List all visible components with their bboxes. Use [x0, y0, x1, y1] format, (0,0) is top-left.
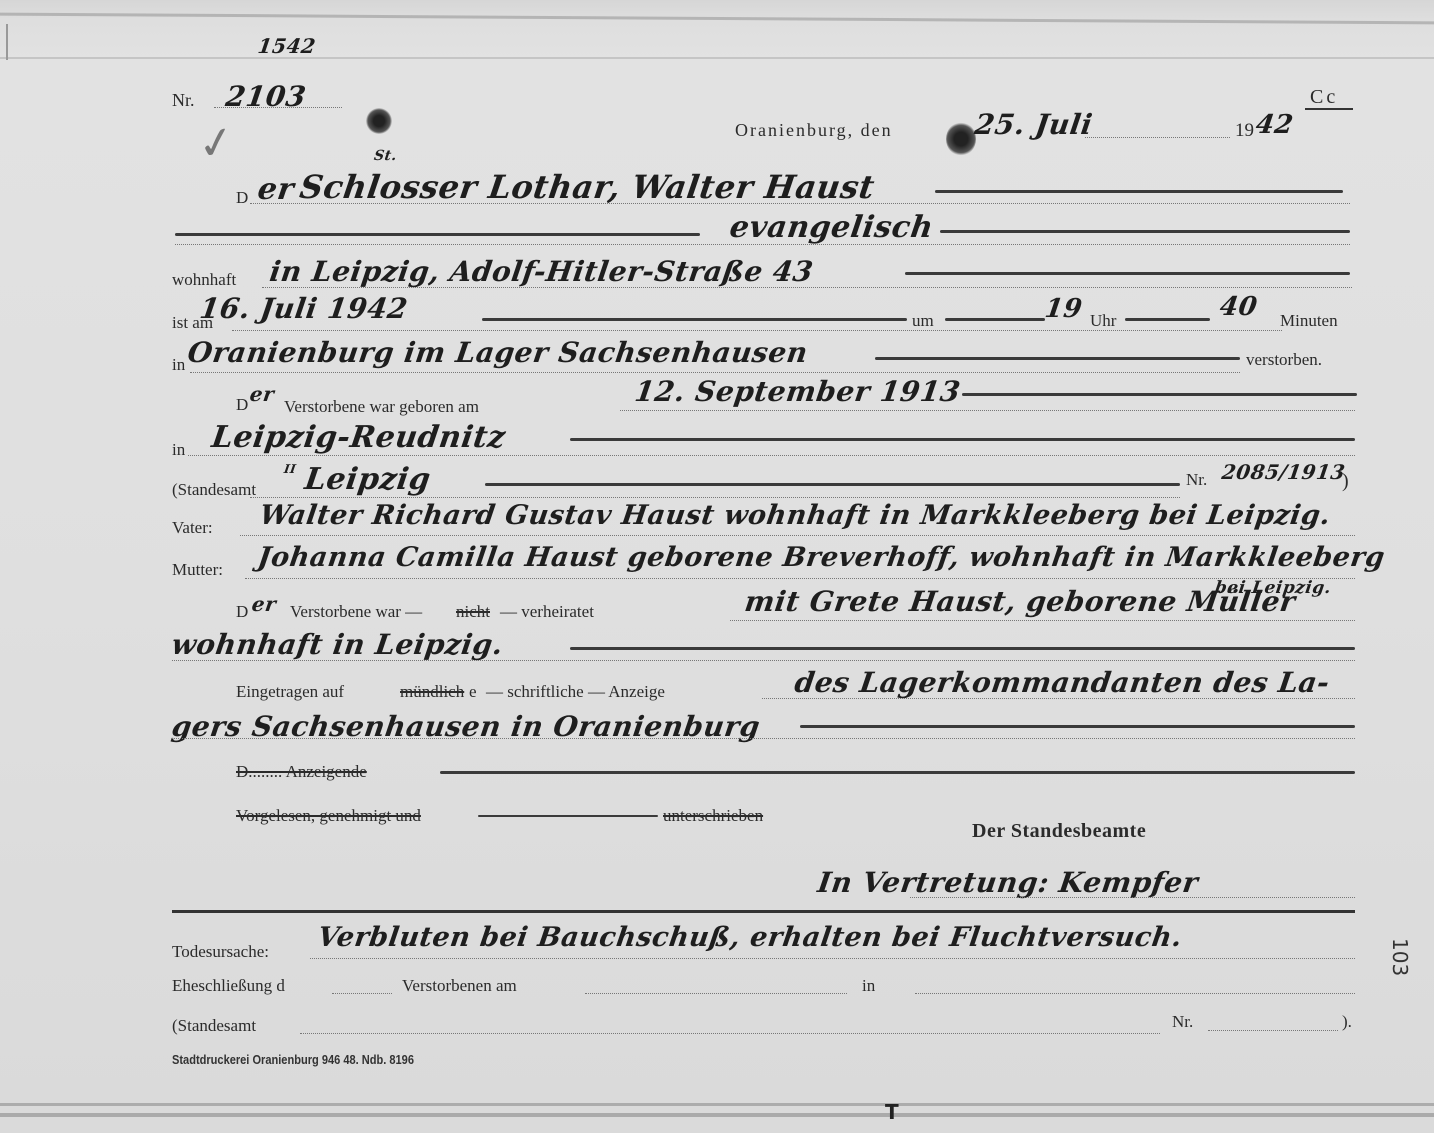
annotations-divider	[172, 910, 1355, 913]
certificate-number: 2103	[224, 80, 309, 113]
read-approved-bar	[478, 815, 658, 817]
registration-label-e: e	[469, 682, 477, 702]
marriage-label-struck: nicht	[456, 602, 490, 622]
spouse-value: mit Grete Haust, geborene Müller	[743, 585, 1298, 618]
marriage-annotation-label-2: Verstorbenen am	[402, 976, 517, 996]
marriage-annotation-in-label: in	[862, 976, 875, 996]
number-label: Nr.	[172, 90, 195, 111]
religion: evangelisch	[728, 210, 936, 245]
cause-dotline	[310, 958, 1355, 959]
ink-stamp-mark	[366, 108, 392, 134]
father-label: Vater:	[172, 518, 213, 538]
registrar-signature: In Vertretung: Kempfer	[816, 866, 1201, 899]
annotation-registry-label: (Standesamt	[172, 1016, 256, 1036]
year-prefix: 19	[1235, 120, 1254, 142]
at-label: um	[912, 311, 934, 331]
spouse-residence-dotline	[172, 660, 1355, 661]
registration-label-struck: mündlich	[400, 682, 464, 702]
marriage-label-1: Verstorbene war —	[290, 602, 422, 622]
deceased-article-suffix: er	[256, 172, 297, 207]
birth-registry-fill-bar	[485, 483, 1180, 486]
top-margin-note: 1542	[256, 34, 317, 58]
hour-fill-bar	[945, 318, 1045, 321]
residence-label: wohnhaft	[172, 270, 236, 290]
ink-stamp-mark-2	[946, 122, 976, 156]
deceased-name: Schlosser Lothar, Walter Haust	[297, 168, 877, 206]
spouse-residence-fill-bar	[570, 647, 1355, 650]
minute-label: Minuten	[1280, 311, 1338, 331]
death-certificate-page: 1542 Nr. 2103 ✓ Cc Oranienburg, den 25. …	[0, 0, 1434, 1133]
birth-article-suffix: er	[248, 382, 276, 406]
marriage-annotation-date-dotline	[585, 993, 847, 994]
birth-date: 12. September 1913	[633, 375, 963, 408]
mother-label: Mutter:	[172, 560, 223, 580]
title-mark: St.	[373, 148, 398, 164]
category-code: Cc	[1310, 86, 1338, 109]
birth-registry-nr-label: Nr.	[1186, 470, 1207, 490]
annotation-registry-nr-dotline	[1208, 1030, 1338, 1031]
death-place-label: in	[172, 355, 185, 375]
religion-fill-bar-left	[175, 233, 700, 236]
birth-label: Verstorbene war geboren am	[284, 397, 479, 417]
death-date-dotline	[232, 330, 1282, 331]
death-minute: 40	[1218, 292, 1259, 322]
bottom-mark: T	[885, 1100, 899, 1124]
birth-date-fill-bar	[962, 393, 1357, 396]
marriage-article-prefix: D	[236, 602, 248, 622]
informant-fill-bar	[800, 725, 1355, 728]
printer-imprint: Stadtdruckerei Oranienburg 946 48. Ndb. …	[172, 1052, 414, 1067]
birth-place: Leipzig-Reudnitz	[210, 420, 508, 455]
registrar-title: Der Standesbeamte	[972, 820, 1146, 843]
paper-edge-top-inner	[0, 57, 1434, 59]
birth-registry: Leipzig	[303, 462, 433, 497]
paper-edge-top	[0, 13, 1434, 25]
annotation-registry-nr-label: Nr.	[1172, 1012, 1193, 1032]
place-label: Oranienburg, den	[735, 120, 893, 141]
residence-fill-bar	[905, 272, 1350, 275]
residence-dotline	[262, 287, 1352, 288]
informant-dotline-2	[172, 738, 1355, 739]
name-fill-bar	[935, 190, 1343, 193]
number-dotline	[214, 107, 342, 108]
annotation-registry-close: ).	[1342, 1012, 1352, 1032]
death-hour: 19	[1043, 294, 1084, 324]
marriage-annotation-dotline-1	[332, 993, 392, 994]
paper-edge-bottom	[0, 1103, 1434, 1106]
registration-label-1: Eingetragen auf	[236, 682, 344, 702]
paper-edge-bottom-2	[0, 1113, 1434, 1117]
birth-article-prefix: D	[236, 395, 248, 415]
birth-registry-nr: 2085/1913	[1220, 460, 1347, 484]
religion-fill-bar-right	[940, 230, 1350, 233]
informant-struck: D........ Anzeigende	[236, 762, 367, 782]
birth-date-dotline	[620, 410, 1355, 411]
annotation-registry-dotline	[300, 1033, 1160, 1034]
spouse-dotline	[730, 620, 1355, 621]
died-label: verstorben.	[1246, 350, 1322, 370]
mother-value: Johanna Camilla Haust geborene Breverhof…	[256, 542, 1387, 573]
father-value: Walter Richard Gustav Haust wohnhaft in …	[258, 500, 1333, 531]
informant-struck-bar	[440, 771, 1355, 774]
name-dotline	[250, 203, 1350, 204]
father-dotline	[240, 535, 1355, 536]
read-approved-struck: Vorgelesen, genehmigt und	[236, 806, 421, 826]
birth-registry-label: (Standesamt	[172, 480, 256, 500]
registration-label-2: — schriftliche — Anzeige	[486, 682, 665, 702]
death-place-dotline	[190, 372, 1240, 373]
informant-dotline-1	[762, 698, 1355, 699]
marriage-annotation-label-1: Eheschließung d	[172, 976, 285, 996]
death-place: Oranienburg im Lager Sachsenhausen	[186, 336, 810, 369]
paper-edge-left	[6, 24, 8, 60]
issue-date-dotline	[1085, 137, 1230, 138]
year-suffix: 42	[1254, 110, 1295, 140]
residence-value: in Leipzig, Adolf-Hitler-Straße 43	[268, 255, 816, 288]
issue-date: 25. Juli	[973, 108, 1095, 141]
deceased-article-prefix: D	[236, 188, 248, 208]
birth-place-dotline	[188, 455, 1355, 456]
signature-dotline	[910, 897, 1355, 898]
spouse-residence: wohnhaft in Leipzig.	[170, 628, 506, 661]
death-date: 16. Juli 1942	[198, 292, 410, 325]
birth-place-label: in	[172, 440, 185, 460]
mother-dotline	[245, 578, 1355, 579]
cause-of-death: Verbluten bei Bauchschuß, erhalten bei F…	[316, 922, 1184, 953]
minute-fill-bar	[1125, 318, 1210, 321]
marriage-article-suffix: er	[250, 592, 278, 616]
hour-label: Uhr	[1090, 311, 1116, 331]
death-place-fill-bar	[875, 357, 1240, 360]
birth-registry-dotline	[250, 497, 1180, 498]
checkmark-icon: ✓	[194, 115, 239, 172]
birth-registry-mark: II	[283, 462, 297, 476]
informant-value-1: des Lagerkommandanten des La-	[793, 666, 1332, 699]
signed-struck: unterschrieben	[663, 806, 763, 826]
birth-place-fill-bar	[570, 438, 1355, 441]
death-date-fill-bar	[482, 318, 907, 321]
category-code-rule	[1305, 108, 1353, 110]
margin-page-number: 103	[1388, 938, 1412, 976]
marriage-label-2: — verheiratet	[500, 602, 594, 622]
birth-registry-close: )	[1342, 470, 1349, 493]
religion-dotline	[175, 244, 1350, 245]
cause-label: Todesursache:	[172, 942, 269, 962]
marriage-annotation-place-dotline	[915, 993, 1355, 994]
